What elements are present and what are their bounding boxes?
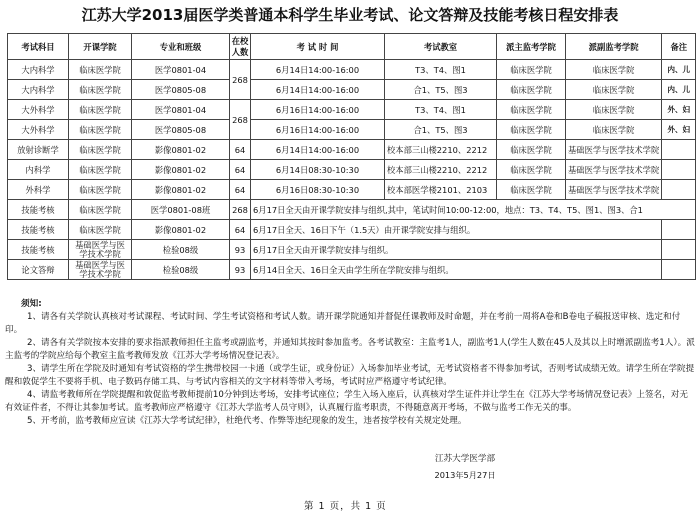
cell-class: 医学0801-04 bbox=[132, 100, 230, 120]
cell-subject: 放射诊断学 bbox=[8, 140, 69, 160]
cell-room: T3、T4、图1 bbox=[385, 100, 497, 120]
cell-count: 268 bbox=[230, 60, 251, 100]
cell-note bbox=[662, 260, 696, 280]
cell-note: 外、妇 bbox=[662, 100, 696, 120]
cell-count: 93 bbox=[230, 260, 251, 280]
cell-college: 基础医学与医学技术学院 bbox=[69, 260, 132, 280]
cell-room: 校本部医学楼2101、2103 bbox=[385, 180, 497, 200]
cell-main-proctor: 临床医学院 bbox=[497, 160, 566, 180]
header-room: 考试教室 bbox=[385, 34, 497, 60]
cell-subject: 大内科学 bbox=[8, 60, 69, 80]
cell-time: 6月16日08:30-10:30 bbox=[251, 180, 385, 200]
cell-note bbox=[662, 220, 696, 240]
cell-room: 合1、T5、图3 bbox=[385, 80, 497, 100]
cell-time: 6月16日14:00-16:00 bbox=[251, 100, 385, 120]
cell-vice-proctor: 基础医学与医学技术学院 bbox=[566, 180, 662, 200]
cell-count: 64 bbox=[230, 160, 251, 180]
cell-main-proctor: 临床医学院 bbox=[497, 100, 566, 120]
cell-count: 268 bbox=[230, 200, 251, 220]
cell-main-proctor: 临床医学院 bbox=[497, 60, 566, 80]
cell-class: 检验08级 bbox=[132, 260, 230, 280]
cell-class: 医学0801-04 bbox=[132, 60, 230, 80]
notes-section: 须知: 1、请各有关学院认真核对考试课程、考试时间、学生考试资格和考试人数。请开… bbox=[5, 298, 695, 428]
cell-vice-proctor: 基础医学与医学技术学院 bbox=[566, 140, 662, 160]
header-vice-proctor: 派副监考学院 bbox=[566, 34, 662, 60]
cell-note: 内、儿 bbox=[662, 80, 696, 100]
cell-class: 医学0801-08班 bbox=[132, 200, 230, 220]
cell-subject: 大外科学 bbox=[8, 120, 69, 140]
cell-class: 检验08级 bbox=[132, 240, 230, 260]
cell-subject: 技能考核 bbox=[8, 200, 69, 220]
cell-arrangement: 6月14日全天、16日全天由学生所在学院安排与组织。 bbox=[251, 260, 662, 280]
cell-college: 临床医学院 bbox=[69, 60, 132, 80]
cell-vice-proctor: 临床医学院 bbox=[566, 120, 662, 140]
cell-count: 64 bbox=[230, 140, 251, 160]
cell-note: 外、妇 bbox=[662, 120, 696, 140]
cell-main-proctor: 临床医学院 bbox=[497, 120, 566, 140]
cell-note bbox=[662, 240, 696, 260]
cell-time: 6月16日14:00-16:00 bbox=[251, 120, 385, 140]
cell-subject: 技能考核 bbox=[8, 240, 69, 260]
table-row: 大外科学 临床医学院 医学0801-04 268 6月16日14:00-16:0… bbox=[8, 100, 696, 120]
cell-vice-proctor: 临床医学院 bbox=[566, 60, 662, 80]
cell-arrangement: 6月17日全天由开课学院安排与组织,其中，笔试时间10:00-12:00，地点：… bbox=[251, 200, 696, 220]
cell-main-proctor: 临床医学院 bbox=[497, 180, 566, 200]
cell-class: 医学0805-08 bbox=[132, 80, 230, 100]
cell-main-proctor: 临床医学院 bbox=[497, 80, 566, 100]
signature-date: 2013年5月27日 bbox=[0, 470, 700, 481]
header-note: 备注 bbox=[662, 34, 696, 60]
cell-subject: 技能考核 bbox=[8, 220, 69, 240]
cell-class: 影像0801-02 bbox=[132, 140, 230, 160]
cell-class: 影像0801-02 bbox=[132, 160, 230, 180]
schedule-table: 考试科目 开课学院 专业和班级 在校人数 考 试 时 间 考试教室 派主监考学院… bbox=[7, 33, 696, 280]
cell-subject: 外科学 bbox=[8, 180, 69, 200]
cell-time: 6月14日14:00-16:00 bbox=[251, 60, 385, 80]
cell-vice-proctor: 临床医学院 bbox=[566, 80, 662, 100]
cell-count: 64 bbox=[230, 180, 251, 200]
note-item: 1、请各有关学院认真核对考试课程、考试时间、学生考试资格和考试人数。请开课学院通… bbox=[5, 311, 695, 337]
cell-note bbox=[662, 180, 696, 200]
notes-heading: 须知: bbox=[21, 298, 695, 311]
cell-arrangement: 6月17日全天由开课学院安排与组织。 bbox=[251, 240, 662, 260]
table-row: 大外科学 临床医学院 医学0805-08 6月16日14:00-16:00 合1… bbox=[8, 120, 696, 140]
header-class: 专业和班级 bbox=[132, 34, 230, 60]
cell-college: 临床医学院 bbox=[69, 80, 132, 100]
table-row: 外科学 临床医学院 影像0801-02 64 6月16日08:30-10:30 … bbox=[8, 180, 696, 200]
table-row: 大内科学 临床医学院 医学0801-04 268 6月14日14:00-16:0… bbox=[8, 60, 696, 80]
cell-count: 64 bbox=[230, 220, 251, 240]
cell-note bbox=[662, 160, 696, 180]
cell-college: 基础医学与医学技术学院 bbox=[69, 240, 132, 260]
header-college: 开课学院 bbox=[69, 34, 132, 60]
cell-vice-proctor: 临床医学院 bbox=[566, 100, 662, 120]
cell-vice-proctor: 基础医学与医学技术学院 bbox=[566, 160, 662, 180]
cell-note: 内、儿 bbox=[662, 60, 696, 80]
cell-college: 临床医学院 bbox=[69, 180, 132, 200]
cell-main-proctor: 临床医学院 bbox=[497, 140, 566, 160]
cell-time: 6月14日08:30-10:30 bbox=[251, 160, 385, 180]
document-title: 江苏大学2013届医学类普通本科学生毕业考试、论文答辩及技能考核日程安排表 bbox=[0, 4, 700, 25]
cell-count: 268 bbox=[230, 100, 251, 140]
cell-room: 校本部三山楼2210、2212 bbox=[385, 140, 497, 160]
page-indicator: 第 1 页，共 1 页 bbox=[304, 498, 387, 512]
table-header-row: 考试科目 开课学院 专业和班级 在校人数 考 试 时 间 考试教室 派主监考学院… bbox=[8, 34, 696, 60]
cell-college: 临床医学院 bbox=[69, 100, 132, 120]
cell-college: 临床医学院 bbox=[69, 120, 132, 140]
cell-room: 合1、T5、图3 bbox=[385, 120, 497, 140]
cell-college: 临床医学院 bbox=[69, 220, 132, 240]
cell-count: 93 bbox=[230, 240, 251, 260]
cell-subject: 内科学 bbox=[8, 160, 69, 180]
cell-college: 临床医学院 bbox=[69, 140, 132, 160]
header-count: 在校人数 bbox=[230, 34, 251, 60]
cell-subject: 大内科学 bbox=[8, 80, 69, 100]
table-row: 技能考核 临床医学院 医学0801-08班 268 6月17日全天由开课学院安排… bbox=[8, 200, 696, 220]
cell-college: 临床医学院 bbox=[69, 160, 132, 180]
table-row: 大内科学 临床医学院 医学0805-08 6月14日14:00-16:00 合1… bbox=[8, 80, 696, 100]
note-item: 3、请学生所在学院及时通知有考试资格的学生携带校园一卡通（或学生证，或身份证）入… bbox=[5, 363, 695, 389]
table-row: 内科学 临床医学院 影像0801-02 64 6月14日08:30-10:30 … bbox=[8, 160, 696, 180]
header-time: 考 试 时 间 bbox=[251, 34, 385, 60]
signature-org: 江苏大学医学部 bbox=[0, 452, 700, 464]
cell-room: T3、T4、图1 bbox=[385, 60, 497, 80]
header-subject: 考试科目 bbox=[8, 34, 69, 60]
note-item: 2、请各有关学院按本安排的要求指派教师担任主监考或副监考，并通知其按时参加监考。… bbox=[5, 337, 695, 363]
cell-time: 6月14日14:00-16:00 bbox=[251, 140, 385, 160]
cell-college: 临床医学院 bbox=[69, 200, 132, 220]
table-row: 技能考核 基础医学与医学技术学院 检验08级 93 6月17日全天由开课学院安排… bbox=[8, 240, 696, 260]
cell-class: 影像0801-02 bbox=[132, 180, 230, 200]
table-row: 放射诊断学 临床医学院 影像0801-02 64 6月14日14:00-16:0… bbox=[8, 140, 696, 160]
cell-subject: 大外科学 bbox=[8, 100, 69, 120]
table-row: 技能考核 临床医学院 影像0801-02 64 6月17日全天、16日下午（1.… bbox=[8, 220, 696, 240]
cell-room: 校本部三山楼2210、2212 bbox=[385, 160, 497, 180]
cell-subject: 论文答辩 bbox=[8, 260, 69, 280]
table-row: 论文答辩 基础医学与医学技术学院 检验08级 93 6月14日全天、16日全天由… bbox=[8, 260, 696, 280]
cell-note bbox=[662, 140, 696, 160]
cell-time: 6月14日14:00-16:00 bbox=[251, 80, 385, 100]
note-item: 4、请监考教师所在学院提醒和敦促监考教师提前10分钟到达考场，安排考试座位；学生… bbox=[5, 389, 695, 415]
cell-class: 影像0801-02 bbox=[132, 220, 230, 240]
header-main-proctor: 派主监考学院 bbox=[497, 34, 566, 60]
cell-arrangement: 6月17日全天、16日下午（1.5天）由开课学院安排与组织。 bbox=[251, 220, 662, 240]
cell-class: 医学0805-08 bbox=[132, 120, 230, 140]
note-item: 5、开考前，监考教师应宣读《江苏大学考试纪律》，杜绝代考、作弊等违纪现象的发生，… bbox=[5, 415, 695, 428]
